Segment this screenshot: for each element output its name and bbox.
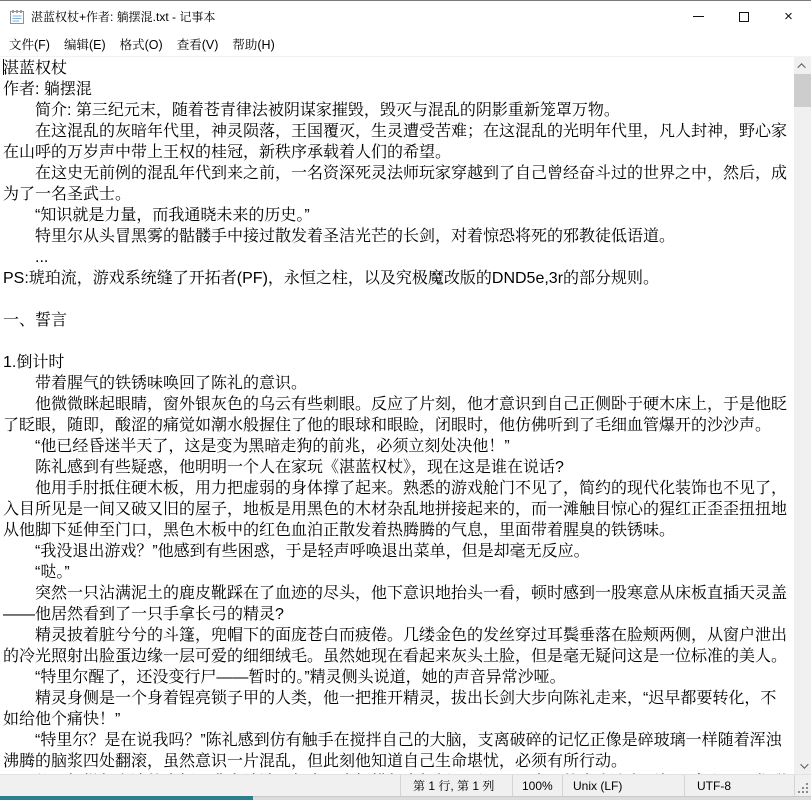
text-line[interactable]: 突然一只沾满泥土的鹿皮靴踩在了血迹的尽头，他下意识地抬头一看，顿时感到一股寒意从… — [3, 583, 792, 625]
text-line[interactable]: 一、誓言 — [3, 310, 792, 331]
close-icon: × — [784, 9, 793, 24]
chevron-down-icon — [800, 760, 808, 768]
cursor-position-status: 第 1 行, 第 1 列 — [400, 775, 512, 796]
text-line[interactable]: “特里尔？是在说我吗？”陈礼感到仿有触手在搅拌自己的大脑，支离破碎的记忆正像是碎… — [3, 730, 792, 772]
text-line[interactable]: “特里尔醒了，还没变行尸——暂时的。”精灵侧头说道，她的声音异常沙哑。 — [3, 667, 792, 688]
text-line[interactable] — [3, 331, 792, 352]
text-line[interactable]: 精灵身侧是一个身着锃亮锁子甲的人类，他一把推开精灵，拔出长剑大步向陈礼走来，“迟… — [3, 688, 792, 730]
line-ending-status: Unix (LF) — [562, 775, 684, 796]
menu-item-help[interactable]: 帮助(H) — [225, 32, 281, 56]
menu-item-view[interactable]: 查看(V) — [170, 32, 226, 56]
window-title: 湛蓝权杖+作者: 躺摆混.txt - 记事本 — [31, 8, 215, 25]
text-line[interactable]: 作者: 躺摆混 — [3, 79, 792, 100]
text-line[interactable]: 1.倒计时 — [3, 352, 792, 373]
text-caret — [3, 59, 4, 75]
taskbar-accent — [0, 796, 253, 800]
text-line[interactable]: ... — [3, 247, 792, 268]
text-line[interactable]: 在这史无前例的混乱年代到来之前，一名资深死灵法师玩家穿越到了自己曾经奋斗过的世界… — [3, 163, 792, 205]
resize-grip-dots — [798, 783, 800, 785]
text-line[interactable]: 陈礼感到有些疑惑，他明明一个人在家玩《湛蓝权杖》，现在这是谁在说话? — [3, 457, 792, 478]
maximize-icon — [739, 12, 749, 22]
notepad-app-icon — [9, 9, 25, 25]
status-bar-spacer — [0, 775, 400, 796]
text-line[interactable]: “我没退出游戏？”他感到有些困惑，于是轻声呼唤退出菜单，但是却毫无反应。 — [3, 541, 792, 562]
taskbar-rest — [253, 796, 811, 800]
menu-item-file[interactable]: 文件(F) — [2, 32, 57, 56]
text-line[interactable]: 特里尔从头冒黑雾的骷髅手中接过散发着圣洁光芒的长剑，对着惊恐将死的邪教徒低语道。 — [3, 226, 792, 247]
text-line[interactable]: 简介: 第三纪元末，随着苍青律法被阴谋家摧毁，毁灭与混乱的阴影重新笼罩万物。 — [3, 100, 792, 121]
menu-bar: 文件(F)编辑(E)格式(O)查看(V)帮助(H) — [0, 32, 811, 57]
text-line[interactable]: 精灵披着脏兮兮的斗篷，兜帽下的面庞苍白而疲倦。几缕金色的发丝穿过耳鬓垂落在脸颊两… — [3, 625, 792, 667]
text-line[interactable]: 在这混乱的灰暗年代里，神灵陨落，王国覆灭，生灵遭受苦难；在这混乱的光明年代里，凡… — [3, 121, 792, 163]
taskbar-strip — [0, 796, 811, 800]
scrollbar-thumb[interactable] — [794, 74, 811, 107]
menu-item-format[interactable]: 格式(O) — [113, 32, 170, 56]
notepad-window: 湛蓝权杖+作者: 躺摆混.txt - 记事本 × 文件(F)编辑(E)格式(O)… — [0, 0, 811, 796]
chevron-up-icon — [797, 63, 805, 71]
zoom-level-status: 100% — [512, 775, 562, 796]
status-bar: 第 1 行, 第 1 列 100% Unix (LF) UTF-8 — [0, 774, 811, 796]
maximize-button[interactable] — [721, 1, 766, 32]
text-line[interactable]: PS:琥珀流，游戏系统缝了开拓者(PF)，永恒之柱，以及究极魔改版的DND5e,… — [3, 268, 792, 289]
text-line[interactable]: 湛蓝权杖 — [3, 58, 792, 79]
text-line[interactable]: 带着腥气的铁锈味唤回了陈礼的意识。 — [3, 373, 792, 394]
text-line[interactable]: “他已经昏迷半天了，这是变为黑暗走狗的前兆，必须立刻处决他！” — [3, 436, 792, 457]
minimize-button[interactable] — [676, 1, 721, 32]
editor-region: 湛蓝权杖作者: 躺摆混 简介: 第三纪元末，随着苍青律法被阴谋家摧毁，毁灭与混乱… — [0, 57, 811, 774]
text-line[interactable] — [3, 289, 792, 310]
minimize-icon — [693, 16, 704, 17]
text-editor[interactable]: 湛蓝权杖作者: 躺摆混 简介: 第三纪元末，随着苍青律法被阴谋家摧毁，毁灭与混乱… — [0, 57, 794, 774]
encoding-status: UTF-8 — [684, 775, 794, 796]
scroll-up-button[interactable] — [794, 57, 811, 74]
menu-item-edit[interactable]: 编辑(E) — [57, 32, 113, 56]
scroll-down-button[interactable] — [794, 757, 811, 774]
vertical-scrollbar[interactable] — [794, 57, 811, 774]
title-bar[interactable]: 湛蓝权杖+作者: 躺摆混.txt - 记事本 × — [0, 1, 811, 32]
text-line[interactable]: 他微微眯起眼睛，窗外银灰色的乌云有些刺眼。反应了片刻，他才意识到自己正侧卧于硬木… — [3, 394, 792, 436]
close-button[interactable]: × — [766, 1, 811, 32]
text-line[interactable]: “知识就是力量，而我通晓未来的历史。” — [3, 205, 792, 226]
text-line[interactable]: “哒。” — [3, 562, 792, 583]
resize-grip[interactable] — [794, 775, 811, 796]
text-line[interactable]: 他用手肘抵住硬木板，用力把虚弱的身体撑了起来。熟悉的游戏舱门不见了，简约的现代化… — [3, 478, 792, 541]
